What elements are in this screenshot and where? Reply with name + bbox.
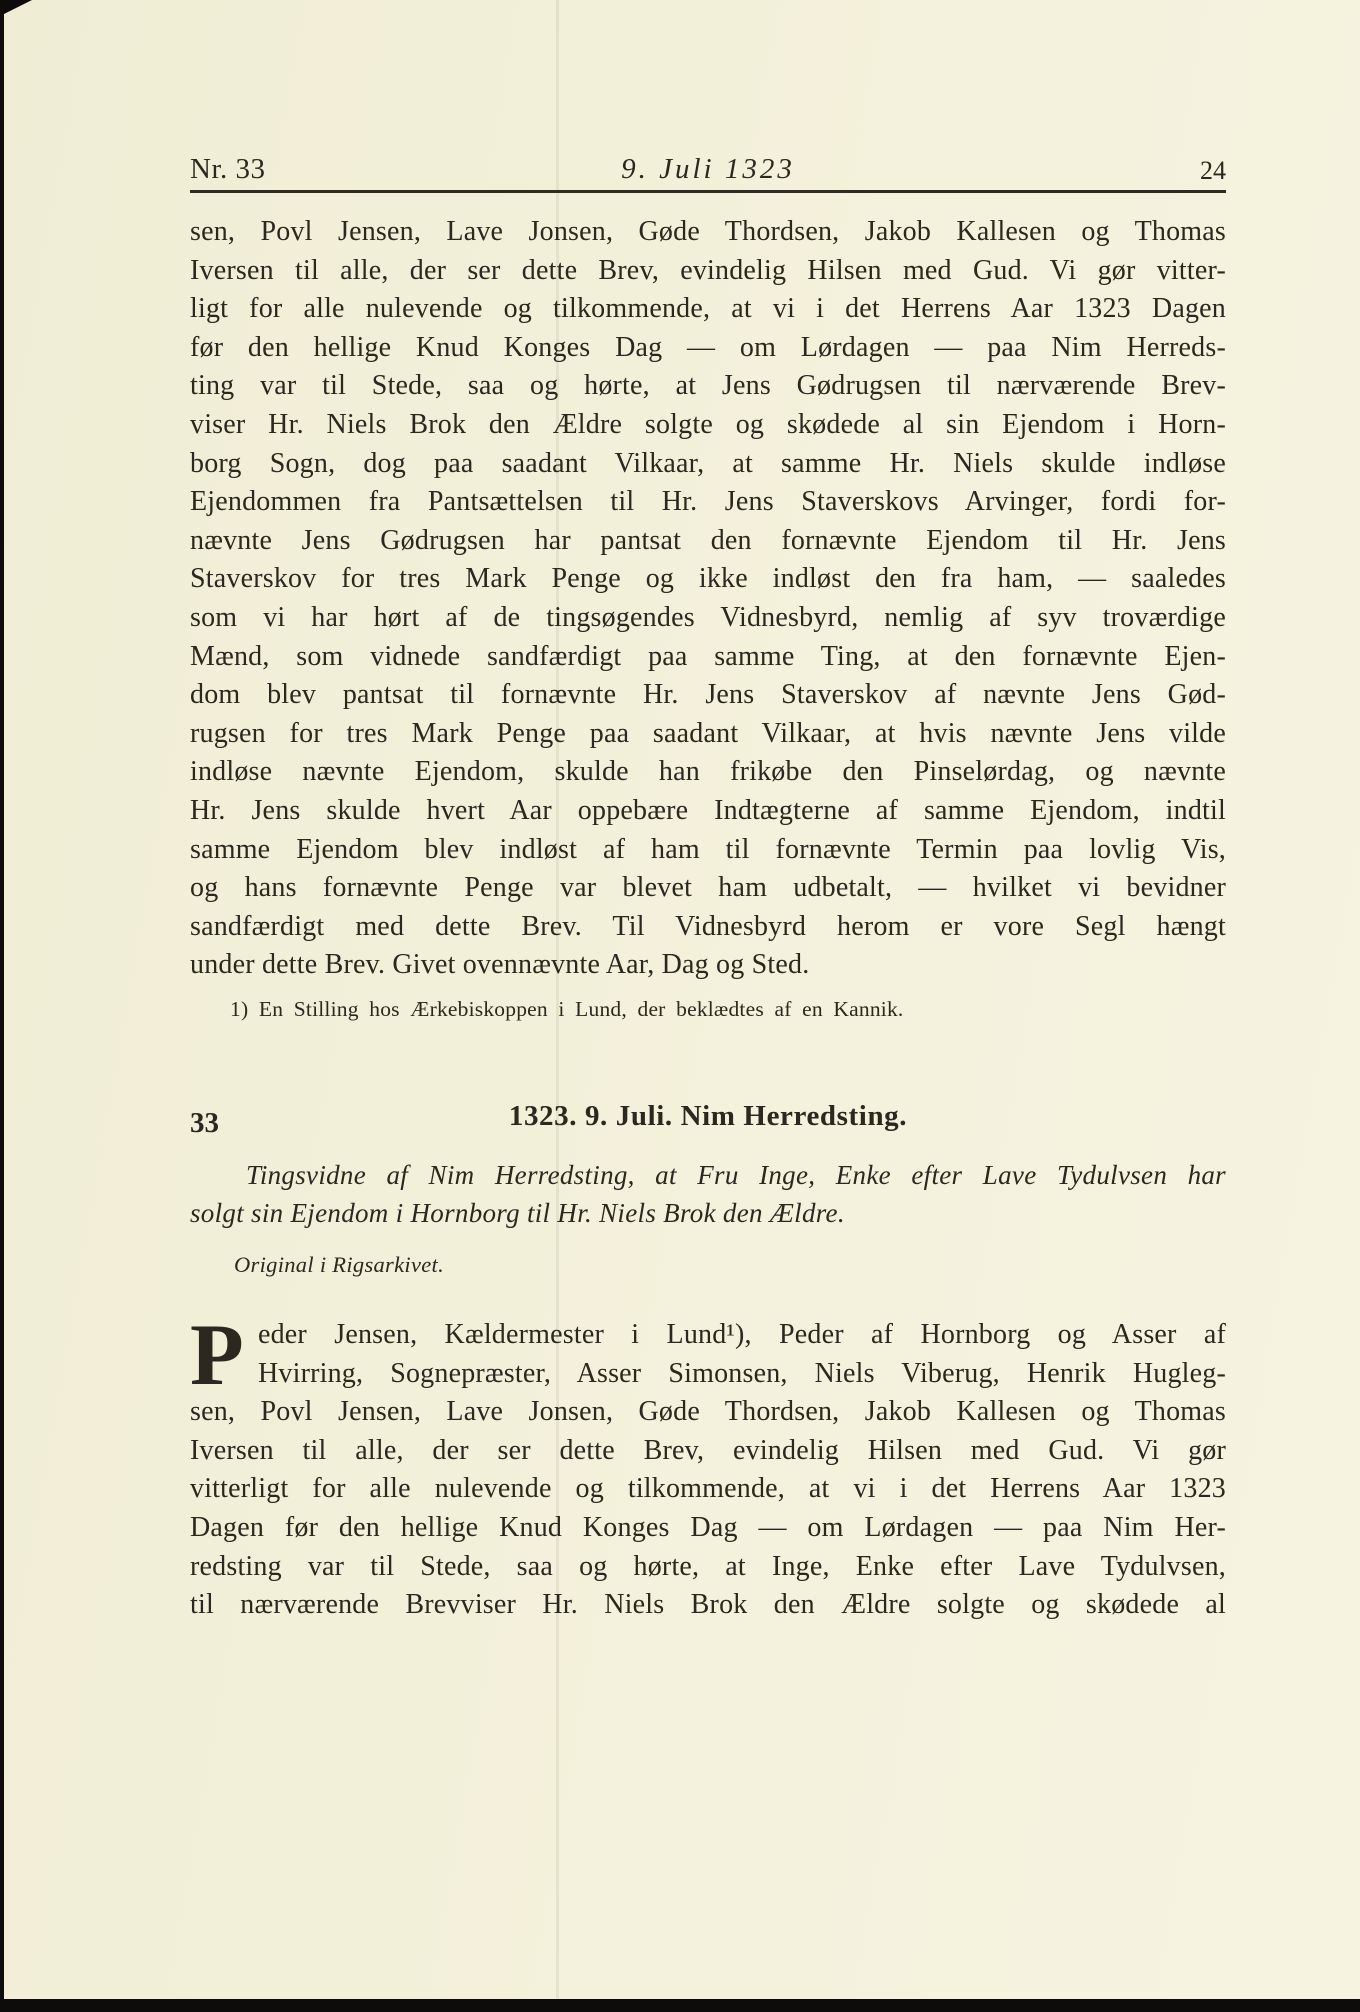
text-line: sen, Povl Jensen, Lave Jonsen, Gøde Thor…: [190, 1393, 1226, 1432]
text-line: Staverskov for tres Mark Penge og ikke i…: [190, 560, 1226, 599]
text-line: samme Ejendom blev indløst af ham til fo…: [190, 831, 1226, 870]
scan-edge-left: [0, 0, 4, 2012]
text-line: Hvirring, Sognepræster, Asser Simonsen, …: [190, 1355, 1226, 1394]
text-line: som vi har hørt af de tingsøgendes Vidne…: [190, 599, 1226, 638]
running-header: Nr. 33 9. Juli 1323 24: [190, 146, 1226, 188]
footnote: 1) En Stilling hos Ærkebiskoppen i Lund,…: [190, 997, 1226, 1022]
scanned-book-page: Nr. 33 9. Juli 1323 24 sen, Povl Jensen,…: [0, 0, 1360, 2012]
text-line: til nærværende Brevviser Hr. Niels Brok …: [190, 1586, 1226, 1625]
text-line: solgt sin Ejendom i Hornborg til Hr. Nie…: [190, 1194, 1226, 1232]
text-line: Ejendommen fra Pantsættelsen til Hr. Jen…: [190, 483, 1226, 522]
drop-cap-letter: P: [190, 1321, 244, 1393]
text-line: ligt for alle nulevende og tilkommende, …: [190, 290, 1226, 329]
text-line: indløse nævnte Ejendom, skulde han frikø…: [190, 753, 1226, 792]
text-line: under dette Brev. Givet ovennævnte Aar, …: [190, 946, 1226, 985]
header-date: 9. Juli 1323: [190, 153, 1226, 186]
doc-heading: 1323. 9. Juli. Nim Herredsting.: [190, 1100, 1226, 1133]
scan-corner-artifact: [0, 0, 32, 16]
text-line: dom blev pantsat til fornævnte Hr. Jens …: [190, 676, 1226, 715]
text-line: rugsen for tres Mark Penge paa saadant V…: [190, 715, 1226, 754]
doc-33-body-paragraph: P eder Jensen, Kældermester i Lund¹), Pe…: [190, 1316, 1226, 1625]
doc-33-heading-row: 33 1323. 9. Juli. Nim Herredsting.: [190, 1100, 1226, 1140]
text-line: sandfærdigt med dette Brev. Til Vidnesby…: [190, 908, 1226, 947]
text-line: Iversen til alle, der ser dette Brev, ev…: [190, 252, 1226, 291]
text-line: borg Sogn, dog paa saadant Vilkaar, at s…: [190, 445, 1226, 484]
text-line: Tingsvidne af Nim Herredsting, at Fru In…: [190, 1156, 1226, 1194]
text-line: Dagen før den hellige Knud Konges Dag — …: [190, 1509, 1226, 1548]
header-page-number: 24: [1200, 156, 1226, 186]
doc-number: 33: [190, 1107, 219, 1140]
text-line: sen, Povl Jensen, Lave Jonsen, Gøde Thor…: [190, 213, 1226, 252]
scan-edge-bottom: [0, 1999, 1360, 2012]
source-note: Original i Rigsarkivet.: [190, 1252, 1226, 1278]
text-line: Hr. Jens skulde hvert Aar oppebære Indtæ…: [190, 792, 1226, 831]
doc-33-summary: Tingsvidne af Nim Herredsting, at Fru In…: [190, 1156, 1226, 1232]
text-line: eder Jensen, Kældermester i Lund¹), Pede…: [190, 1316, 1226, 1355]
text-line: Mænd, som vidnede sandfærdigt paa samme …: [190, 638, 1226, 677]
text-line: vitterligt for alle nulevende og tilkomm…: [190, 1470, 1226, 1509]
text-line: redsting var til Stede, saa og hørte, at…: [190, 1548, 1226, 1587]
text-line: nævnte Jens Gødrugsen har pantsat den fo…: [190, 522, 1226, 561]
doc-32-continuation-paragraph: sen, Povl Jensen, Lave Jonsen, Gøde Thor…: [190, 213, 1226, 985]
text-line: viser Hr. Niels Brok den Ældre solgte og…: [190, 406, 1226, 445]
text-line: og hans fornævnte Penge var blevet ham u…: [190, 869, 1226, 908]
text-line: før den hellige Knud Konges Dag — om Lør…: [190, 329, 1226, 368]
text-line: ting var til Stede, saa og hørte, at Jen…: [190, 367, 1226, 406]
header-rule: [190, 190, 1226, 193]
text-line: Iversen til alle, der ser dette Brev, ev…: [190, 1432, 1226, 1471]
